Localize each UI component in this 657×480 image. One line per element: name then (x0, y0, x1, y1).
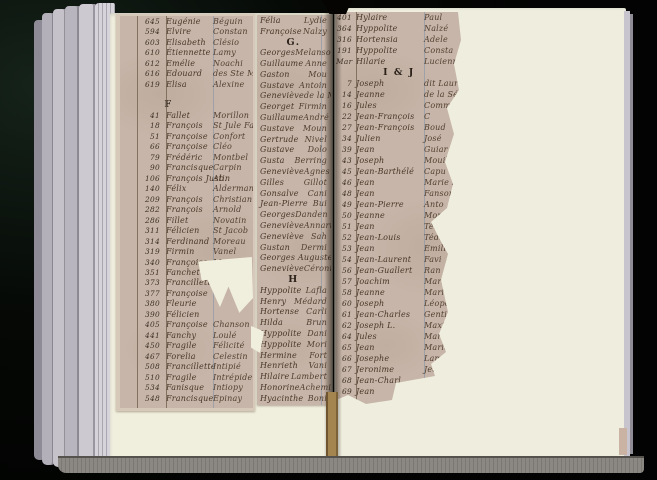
entry-surname: Constan (213, 27, 253, 36)
entry-given-name: Hilaire (260, 372, 289, 381)
entry-surname: Consta (424, 46, 462, 55)
register-row: HyppoliteMori (257, 339, 331, 350)
entry-given-name: Hyppolite (260, 340, 301, 349)
register-row: 49Jean-PierreAnto (336, 199, 462, 210)
entry-number: 209 (120, 195, 166, 204)
register-row: 319FirminVanel (120, 246, 253, 256)
register-row: 18FrançoisSt Jule Fa (120, 121, 253, 131)
entry-surname: Lamy (213, 48, 253, 57)
entry-given-name: Jules (356, 332, 424, 341)
entry-number: 467 (120, 352, 166, 361)
entry-given-name: Fleurie (166, 299, 213, 308)
entry-given-name: Gaston (260, 70, 290, 79)
right-page-edges (630, 14, 633, 454)
entry-number: 66 (120, 142, 166, 151)
register-row: 282FrançoisArnold (120, 204, 253, 214)
entry-number: 140 (120, 184, 166, 193)
entry-given-name: Honorine (260, 383, 300, 392)
register-row: 191HyppoliteConsta (336, 45, 462, 56)
binding-tape (326, 392, 338, 464)
register-row: HyppoliteLafla (257, 285, 331, 296)
entry-surname: Épinay (213, 394, 253, 403)
entry-given-name: Josephe (356, 354, 424, 363)
entry-surname: Intiopy (213, 383, 253, 392)
entry-given-name: Hermine (260, 351, 297, 360)
entry-given-name: Jeanne (356, 90, 424, 99)
register-row: 603ElisabethClésio (120, 37, 253, 47)
entry-given-name: Félix (166, 184, 213, 193)
entry-surname: Celestin (213, 352, 253, 361)
entry-number: 619 (120, 80, 166, 89)
index-strip-left: 645EugénieBéguin594ElvireConstan603Elisa… (120, 16, 253, 408)
entry-given-name: Jean-Pierre (260, 199, 308, 208)
register-row: 441FanchyLoulé (120, 330, 253, 340)
entry-surname: St Jule Fa (213, 121, 253, 130)
entry-number: 548 (120, 394, 166, 403)
entry-given-name: Jean (356, 145, 424, 154)
entry-given-name: Hyppolite (260, 329, 301, 338)
entry-given-name: Françoise (166, 142, 213, 151)
index-strip-middle: FéliaLydieFrançoiseNalzyG.GeorgesMelanso… (257, 15, 331, 405)
entry-surname: Loulé (213, 331, 253, 340)
entry-given-name: Gustave (260, 124, 294, 133)
entry-given-name: Gusta (260, 156, 285, 165)
register-row: 43JosephMouilla (336, 155, 462, 166)
entry-given-name: Joachim (356, 277, 424, 286)
entry-given-name: Emélie (166, 59, 213, 68)
register-row: HermineFort (257, 350, 331, 361)
section-header-row: I & J (336, 67, 462, 78)
register-row: GillesGillot (257, 177, 331, 188)
entry-given-name: Félia (260, 16, 281, 25)
entry-given-name: Hyppolite (260, 286, 301, 295)
entry-given-name: Françoise (260, 27, 302, 36)
entry-surname: Alderman (213, 184, 253, 193)
entry-given-name: Jean-Guallert (356, 266, 424, 275)
entry-given-name: Gustave (260, 81, 294, 90)
register-row: FrançoiseNalzy (257, 26, 331, 37)
entry-surname: Morillon (213, 111, 253, 120)
entry-surname: Intipié (213, 362, 253, 371)
entry-given-name: Fragile (166, 341, 213, 350)
register-row: 27Jean-FrançoisBoud (336, 122, 462, 133)
entry-surname: Arnold (213, 205, 253, 214)
entry-surname: Carpin (213, 163, 253, 172)
entry-given-name: Joseph (356, 79, 424, 88)
register-row: GustaBerring (257, 155, 331, 166)
entry-given-name: Jeanne (356, 211, 424, 220)
entry-surname: Alexine (213, 80, 253, 89)
entry-surname: Médard (294, 297, 327, 306)
register-row: HenriethVani (257, 361, 331, 372)
section-letter: G. (286, 37, 300, 48)
register-row: Georges AugusteLi (257, 253, 331, 264)
entry-given-name: Hilda (260, 318, 283, 327)
entry-given-name: Félicien (166, 310, 213, 319)
register-row: 90FrancisqueCarpin (120, 163, 253, 173)
entry-given-name: Hortense (260, 307, 299, 316)
entry-surname: Novatin (213, 216, 253, 225)
entry-given-name: François Justin (166, 174, 213, 183)
register-row: GuillaumeAndré (257, 112, 331, 123)
entry-given-name: Julien (356, 134, 424, 143)
entry-given-name: Jean (356, 178, 424, 187)
entry-number: 373 (120, 278, 166, 287)
entry-given-name: Jean-Laurent (356, 255, 424, 264)
register-row: GastonMou (257, 69, 331, 80)
register-row: GustaveMoun (257, 123, 331, 134)
register-row: HenryMédard (257, 296, 331, 307)
entry-given-name: Francisque (166, 163, 213, 172)
entry-surname: Lambert (291, 372, 327, 381)
register-row: GeorgetFirmin (257, 101, 331, 112)
entry-given-name: Francillette (166, 362, 213, 371)
register-row: HonorineAchemi (257, 382, 331, 393)
register-row: 612EmélieNoachi (120, 58, 253, 68)
register-row: GustanDermi (257, 242, 331, 253)
book-scan-scene: 645EugénieBéguin594ElvireConstan603Elisa… (0, 0, 657, 480)
entry-given-name: Jules (356, 101, 424, 110)
register-row: GenevièveCéroni (257, 263, 331, 274)
entry-surname: Vanel (213, 247, 253, 256)
entry-given-name: Georget (260, 102, 294, 111)
register-row: GeorgesDanden (257, 209, 331, 220)
register-row: GenevièveSah (257, 231, 331, 242)
register-row: HortenseCarli (257, 307, 331, 318)
entry-surname: Firmin (299, 102, 327, 111)
entry-given-name: Gustave (260, 145, 294, 154)
section-letter: H (288, 274, 298, 285)
right-page-edges (619, 428, 627, 455)
column-rule (356, 12, 357, 404)
register-row: 311FélicienSt Jacob (120, 225, 253, 235)
entry-number: 51 (120, 132, 166, 141)
entry-number: 311 (120, 226, 166, 235)
register-row: GeorgesMelanson (257, 47, 331, 58)
entry-surname: Adele (424, 35, 462, 44)
entry-given-name: Ferdinand (166, 237, 213, 246)
entry-given-name: Étiennette (166, 48, 213, 57)
entry-number: 612 (120, 59, 166, 68)
entry-surname: Noachi (213, 59, 253, 68)
entry-given-name: Hyppolite (356, 46, 424, 55)
entry-surname: Danden (295, 210, 328, 219)
entry-given-name: Hyacinthe (260, 394, 303, 403)
entry-surname: Berring (295, 156, 328, 165)
register-row: GenevièveAnnart (257, 220, 331, 231)
entry-given-name: Hortensia (356, 35, 424, 44)
entry-number: 41 (120, 111, 166, 120)
entry-given-name: Jean (356, 189, 424, 198)
entry-given-name: Joseph (356, 156, 424, 165)
entry-surname: Béguin (213, 17, 253, 26)
entry-given-name: Fillet (166, 216, 213, 225)
register-row: 140FélixAlderman (120, 184, 253, 194)
register-row: 209FrançoisChristian (120, 194, 253, 204)
register-row: 34JulienJosé (336, 133, 462, 144)
entry-surname: Félicité (213, 341, 253, 350)
register-row: HilaireLambert (257, 371, 331, 382)
register-row: 548FrancisqueÉpinay (120, 393, 253, 403)
register-row: 467ForeliaCelestin (120, 351, 253, 361)
entry-given-name: Geneviève (260, 91, 304, 100)
entry-surname: St Jacob (213, 226, 253, 235)
register-row: 41FalletMorillon (120, 110, 253, 120)
section-header-row: H (257, 274, 331, 285)
entry-given-name: Hylaire (356, 13, 424, 22)
register-row: 7Josephdit Laur (336, 78, 462, 89)
entry-given-name: Félicien (166, 226, 213, 235)
entry-given-name: Geneviève (260, 167, 304, 176)
register-row: GuillaumeAnne (257, 58, 331, 69)
entry-given-name: Fanchy (166, 331, 213, 340)
entry-given-name: Gonsalve (260, 189, 299, 198)
entry-given-name: Jean (356, 222, 424, 231)
entry-given-name: Guillaume (260, 59, 303, 68)
entry-surname: Antoin (299, 81, 327, 90)
entry-given-name: Georges (260, 210, 295, 219)
register-row: 619ElisaAlexine (120, 79, 253, 89)
register-row: 16JulesCommu (336, 100, 462, 111)
register-row: GonsalveCani (257, 188, 331, 199)
register-row: 534FanisqueIntiopy (120, 382, 253, 392)
register-row: 48JeanFanson (336, 188, 462, 199)
entry-number: 603 (120, 38, 166, 47)
register-row: 54Jean-LaurentFavi (336, 254, 462, 265)
register-row: 610ÉtiennetteLamy (120, 47, 253, 57)
entry-number: 616 (120, 69, 166, 78)
entry-surname: Clésio (213, 38, 253, 47)
entry-number: 645 (120, 17, 166, 26)
entry-given-name: Jean-Louis (356, 233, 424, 242)
entry-given-name: Georges (260, 48, 295, 57)
entry-given-name: Firmin (166, 247, 213, 256)
index-strip-right: 401HylairePaul364HyppoliteNalzé316Horten… (336, 12, 462, 404)
page-edge-stack (79, 4, 96, 469)
entry-number: 380 (120, 299, 166, 308)
entry-given-name: Fragile (166, 373, 213, 382)
entry-surname: Confort (213, 132, 253, 141)
entry-given-name: Henrieth (260, 361, 298, 370)
entry-given-name: Gilles (260, 178, 284, 187)
register-row: 645EugénieBéguin (120, 16, 253, 26)
register-row: 594ElvireConstan (120, 26, 253, 36)
entry-number: 508 (120, 362, 166, 371)
entry-number: 340 (120, 258, 166, 267)
entry-given-name: Jean-François (356, 123, 424, 132)
entry-given-name: Geneviève (260, 232, 304, 241)
entry-given-name: Jeanne (356, 288, 424, 297)
entry-given-name: Geneviève (260, 264, 304, 273)
entry-given-name: Forelia (166, 352, 213, 361)
register-row: 66FrançoiseCléo (120, 142, 253, 152)
entry-number: 594 (120, 27, 166, 36)
entry-number: 390 (120, 310, 166, 319)
register-row: 22Jean-FrançoisC (336, 111, 462, 122)
entry-surname: Nalzé (424, 24, 462, 33)
entry-given-name: Gustan (260, 243, 290, 252)
entry-given-name: Joseph L. (356, 321, 424, 330)
entry-number: 610 (120, 48, 166, 57)
page-edge-stack (65, 6, 80, 468)
entry-surname: dit Laur (424, 79, 462, 88)
spacer-row (120, 89, 253, 99)
register-row: Genevièvede la Mar (257, 91, 331, 102)
register-row: 106François JustinAb. (120, 173, 253, 183)
entry-number: 90 (120, 163, 166, 172)
register-row: MarHilarieLucienne El (336, 56, 462, 67)
entry-number: 79 (120, 153, 166, 162)
register-row: 39JeanGuiar (336, 144, 462, 155)
entry-number: 106 (120, 174, 166, 183)
entry-number: 18 (120, 121, 166, 130)
register-row: FéliaLydie (257, 15, 331, 26)
entry-given-name: François (166, 195, 213, 204)
register-row: GustaveAntoin (257, 80, 331, 91)
entry-given-name: Jeronime (356, 365, 424, 374)
entry-given-name: Hyppolite (356, 24, 424, 33)
entry-number: 314 (120, 237, 166, 246)
entry-given-name: Joseph (356, 299, 424, 308)
book-bottom-edge (58, 456, 644, 473)
register-row: 45Jean-BarthéléCapu (336, 166, 462, 177)
register-row: HyacintheBoni (257, 393, 331, 404)
register-row: 316HortensiaAdele (336, 34, 462, 45)
register-row: 61Jean-CharlesGentia (336, 309, 462, 320)
register-row: 314FerdinandMoreau (120, 236, 253, 246)
entry-number: 282 (120, 205, 166, 214)
register-row: 401HylairePaul (336, 12, 462, 23)
entry-given-name: Elisa (166, 80, 213, 89)
entry-given-name: Françoise (166, 289, 213, 298)
entry-number: 405 (120, 320, 166, 329)
entry-given-name: Elvire (166, 27, 213, 36)
entry-given-name: Jean-François (356, 112, 424, 121)
entry-given-name: François (166, 205, 213, 214)
entry-given-name: Francisque (166, 394, 213, 403)
entry-number: 534 (120, 383, 166, 392)
entry-surname: Christian (213, 195, 253, 204)
register-row: Jean-PierreBui (257, 199, 331, 210)
register-row: GenevièveAgnes (257, 166, 331, 177)
section-header-row: G. (257, 37, 331, 48)
entry-given-name: Elisabeth (166, 38, 213, 47)
entry-number: 377 (120, 289, 166, 298)
entry-surname: Intrépide (213, 373, 253, 382)
register-row: GertrudeNivel (257, 134, 331, 145)
entry-surname: Cléo (213, 142, 253, 151)
entry-given-name: Fallet (166, 111, 213, 120)
entry-surname: Chanson (213, 320, 253, 329)
entry-number: 450 (120, 341, 166, 350)
entry-surname: Paul (424, 13, 462, 22)
entry-number: 510 (120, 373, 166, 382)
register-row: 60JosephLéopold St (336, 298, 462, 309)
register-row: 508FrancilletteIntipié (120, 361, 253, 371)
register-row: 286FilletNovatin (120, 215, 253, 225)
entry-number: 441 (120, 331, 166, 340)
register-row: 46JeanMarie Mari (336, 177, 462, 188)
entry-given-name: Jean (356, 244, 424, 253)
section-header-row: F (120, 100, 253, 110)
entry-given-name: Françoise (166, 320, 213, 329)
register-row: 405FrançoiseChanson (120, 320, 253, 330)
register-row: 510FragileIntrépide (120, 372, 253, 382)
entry-given-name: Gertrude (260, 135, 299, 144)
register-row: 616Edouarddes Ste M (120, 68, 253, 78)
entry-surname: des Ste M (213, 69, 253, 78)
column-rule (166, 16, 167, 408)
entry-given-name: Françoise (166, 132, 213, 141)
entry-given-name: Fanisque (166, 383, 213, 392)
section-letter: I & J (383, 67, 415, 78)
entry-given-name: Frédéric (166, 153, 213, 162)
register-row: 14Jeannede la Séba (336, 89, 462, 100)
entry-given-name: François (166, 121, 213, 130)
register-row: 380Fleurie (120, 299, 253, 309)
entry-surname: Moreau (213, 237, 253, 246)
register-row: HildaBrun (257, 317, 331, 328)
register-row: 51FrançoiseConfort (120, 131, 253, 141)
entry-given-name: Guillaume (260, 113, 303, 122)
column-rule (137, 16, 138, 408)
entry-number: 286 (120, 216, 166, 225)
entry-number: 319 (120, 247, 166, 256)
entry-number: 351 (120, 268, 166, 277)
entry-given-name: Jean-Pierre (356, 200, 424, 209)
entry-given-name: Geneviève (260, 221, 304, 230)
entry-given-name: Eugénie (166, 17, 213, 26)
register-row: 79FrédéricMontbel (120, 152, 253, 162)
entry-given-name: Hilarie (356, 57, 424, 66)
register-row: 450FragileFélicité (120, 341, 253, 351)
entry-given-name: Henry (260, 297, 286, 306)
register-row: HyppoliteDani (257, 328, 331, 339)
register-row: 364HyppoliteNalzé (336, 23, 462, 34)
register-row: GustaveDolo (257, 145, 331, 156)
entry-given-name: Edouard (166, 69, 213, 78)
entry-surname: Ab. (213, 174, 253, 183)
entry-given-name: Jean (356, 343, 424, 352)
entry-given-name: Jean-Barthélé (356, 167, 424, 176)
entry-given-name: Jean-Charles (356, 310, 424, 319)
register-row: 390Félicien (120, 309, 253, 319)
entry-surname: Montbel (213, 153, 253, 162)
